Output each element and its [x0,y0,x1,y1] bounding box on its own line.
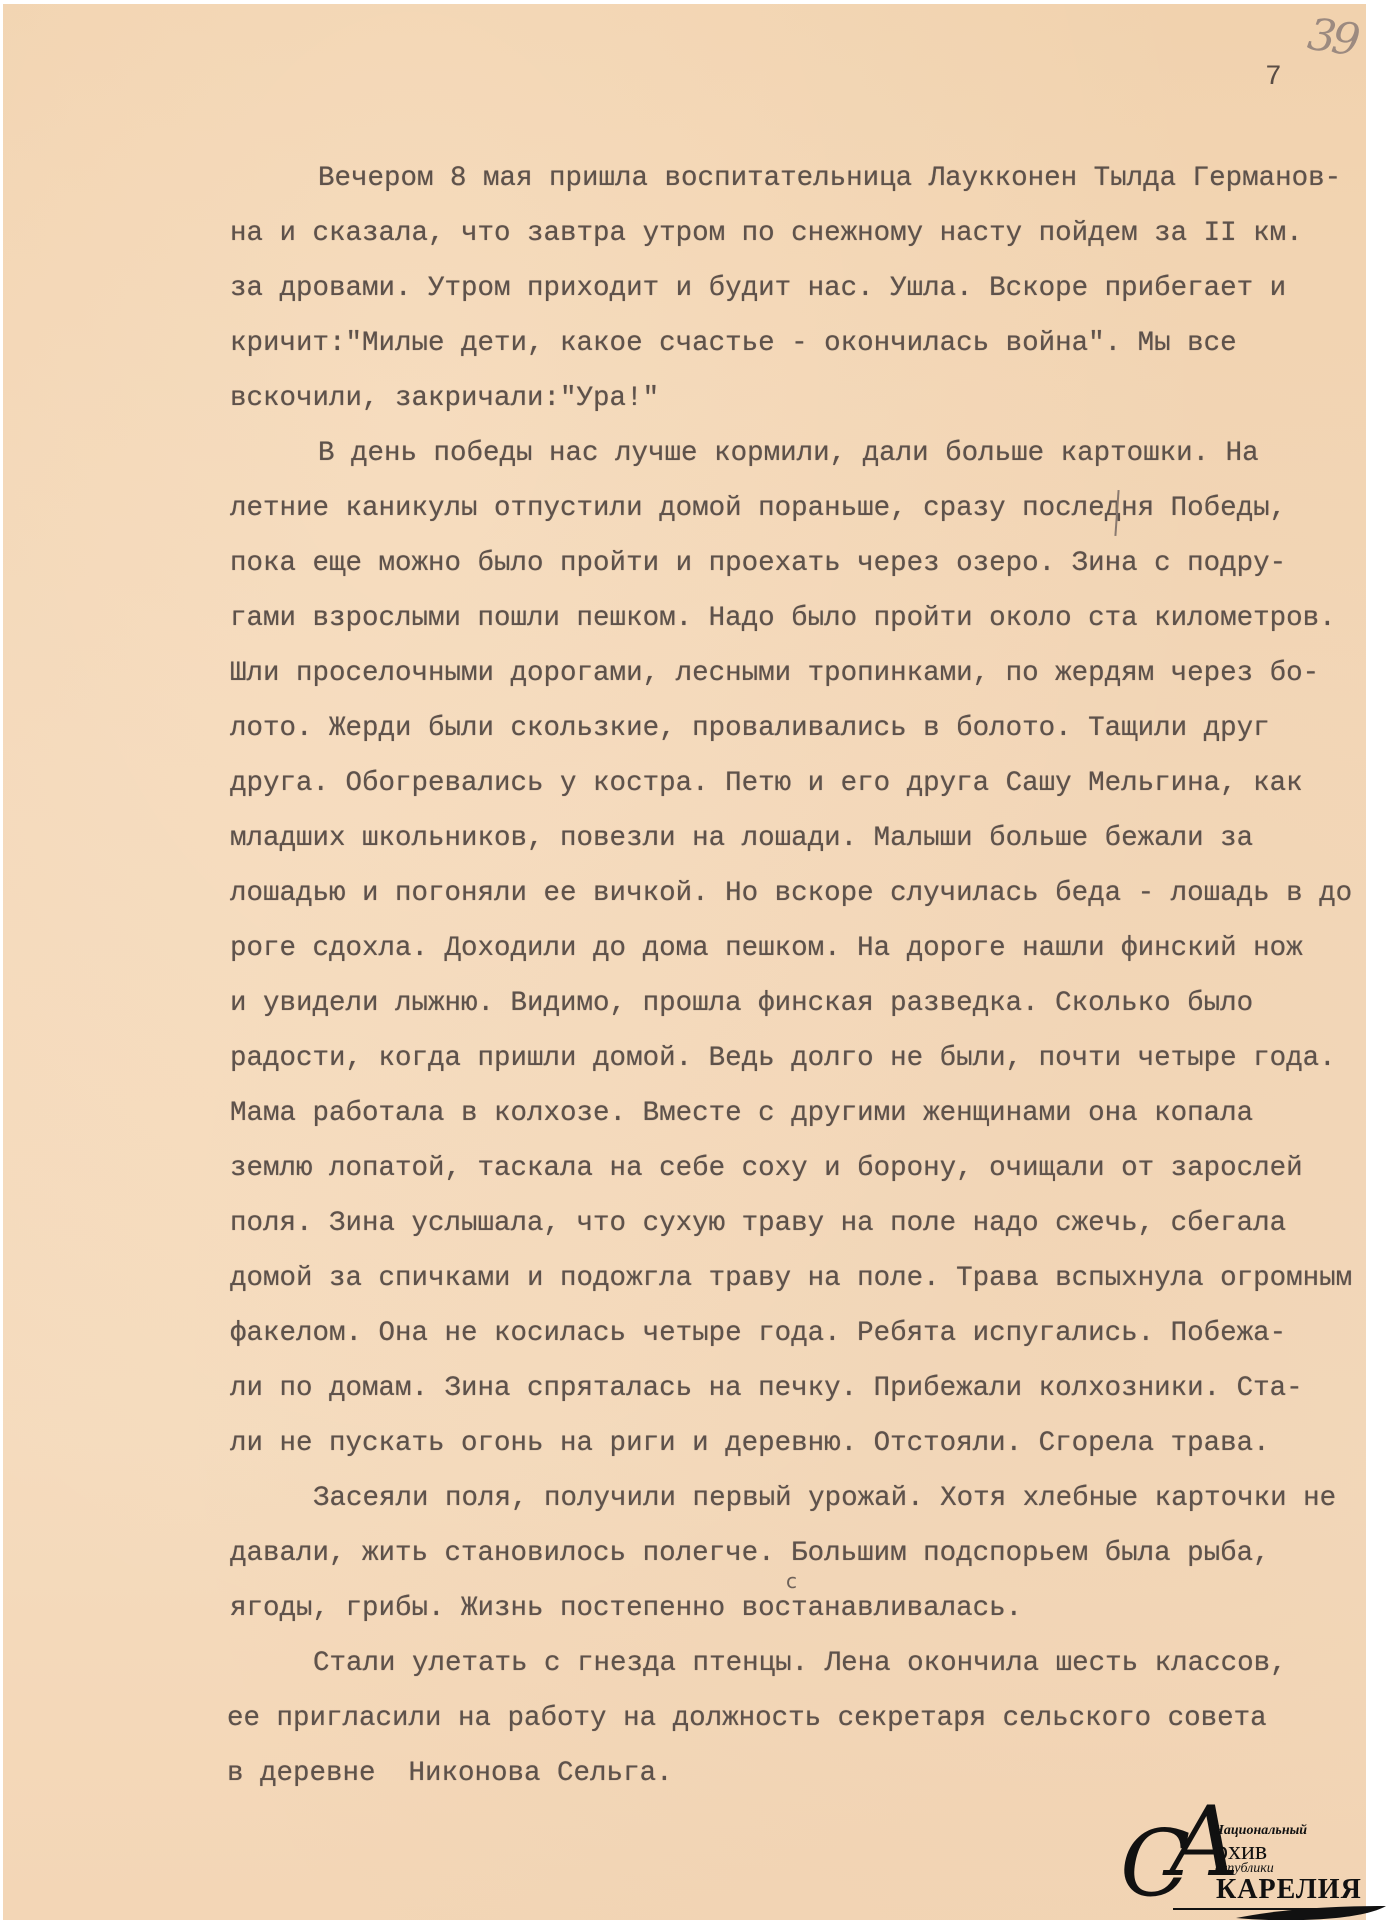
text-line: на и сказала, что завтра утром по снежно… [230,217,1303,251]
document-page: 39 7 Вечером 8 мая пришла воспитательниц… [3,4,1366,1920]
text-line: ее пригласили на работу на должность сек… [227,1702,1267,1736]
text-line: ли не пускать огонь на риги и деревню. О… [230,1427,1270,1461]
text-line: давали, жить становилось полегче. Больши… [230,1537,1270,1571]
text-line: друга. Обогревались у костра. Петю и его… [230,767,1303,801]
text-line: домой за спичками и подожгла траву на по… [230,1262,1352,1296]
text-line: лото. Жерди были скользкие, проваливалис… [230,712,1270,746]
quill-feather-icon [1236,1904,1395,1920]
text-line: вскочили, закричали:"Ура!" [230,382,659,416]
text-line: летние каникулы отпустили домой пораньше… [230,492,1286,526]
text-line: кричит:"Милые дети, какое счастье - окон… [230,327,1237,361]
text-line: в деревне Никонова Сельга. [227,1757,673,1791]
text-line: лошадью и погоняли ее вичкой. Но вскоре … [230,877,1352,911]
text-line: роге сдохла. Доходили до дома пешком. На… [230,932,1303,966]
archive-watermark-logo: С А Национальный рхив еспублики КАРЕЛИЯ [1118,1800,1395,1920]
text-line: факелом. Она не косилась четыре года. Ре… [230,1317,1286,1351]
text-line: радости, когда пришли домой. Ведь долго … [230,1042,1336,1076]
text-line: Стали улетать с гнезда птенцы. Лена окон… [313,1647,1287,1681]
text-line: Мама работала в колхозе. Вместе с другим… [230,1097,1253,1131]
typewritten-body: Вечером 8 мая пришла воспитательница Лау… [3,4,1366,996]
text-line: Шли проселочными дорогами, лесными тропи… [230,657,1319,691]
text-line: ягоды, грибы. Жизнь постепенно востанавл… [230,1592,1022,1626]
text-line: землю лопатой, таскала на себе соху и бо… [230,1152,1303,1186]
handwritten-correction: с [786,1569,797,1593]
text-line: за дровами. Утром приходит и будит нас. … [230,272,1286,306]
text-line: В день победы нас лучше кормили, дали бо… [318,437,1259,471]
text-line: младших школьников, повезли на лошади. М… [230,822,1253,856]
text-line: Засеяли поля, получили первый урожай. Хо… [313,1482,1336,1516]
text-line: поля. Зина услышала, что сухую траву на … [230,1207,1286,1241]
text-line: ли по домам. Зина спряталась на печку. П… [230,1372,1303,1406]
text-line: гами взрослыми пошли пешком. Надо было п… [230,602,1336,636]
text-line: Вечером 8 мая пришла воспитательница Лау… [318,162,1341,196]
logo-karelia: КАРЕЛИЯ [1216,1876,1362,1904]
text-line: пока еще можно было пройти и проехать че… [230,547,1286,581]
text-line: и увидели лыжню. Видимо, прошла финская … [230,987,1253,1021]
